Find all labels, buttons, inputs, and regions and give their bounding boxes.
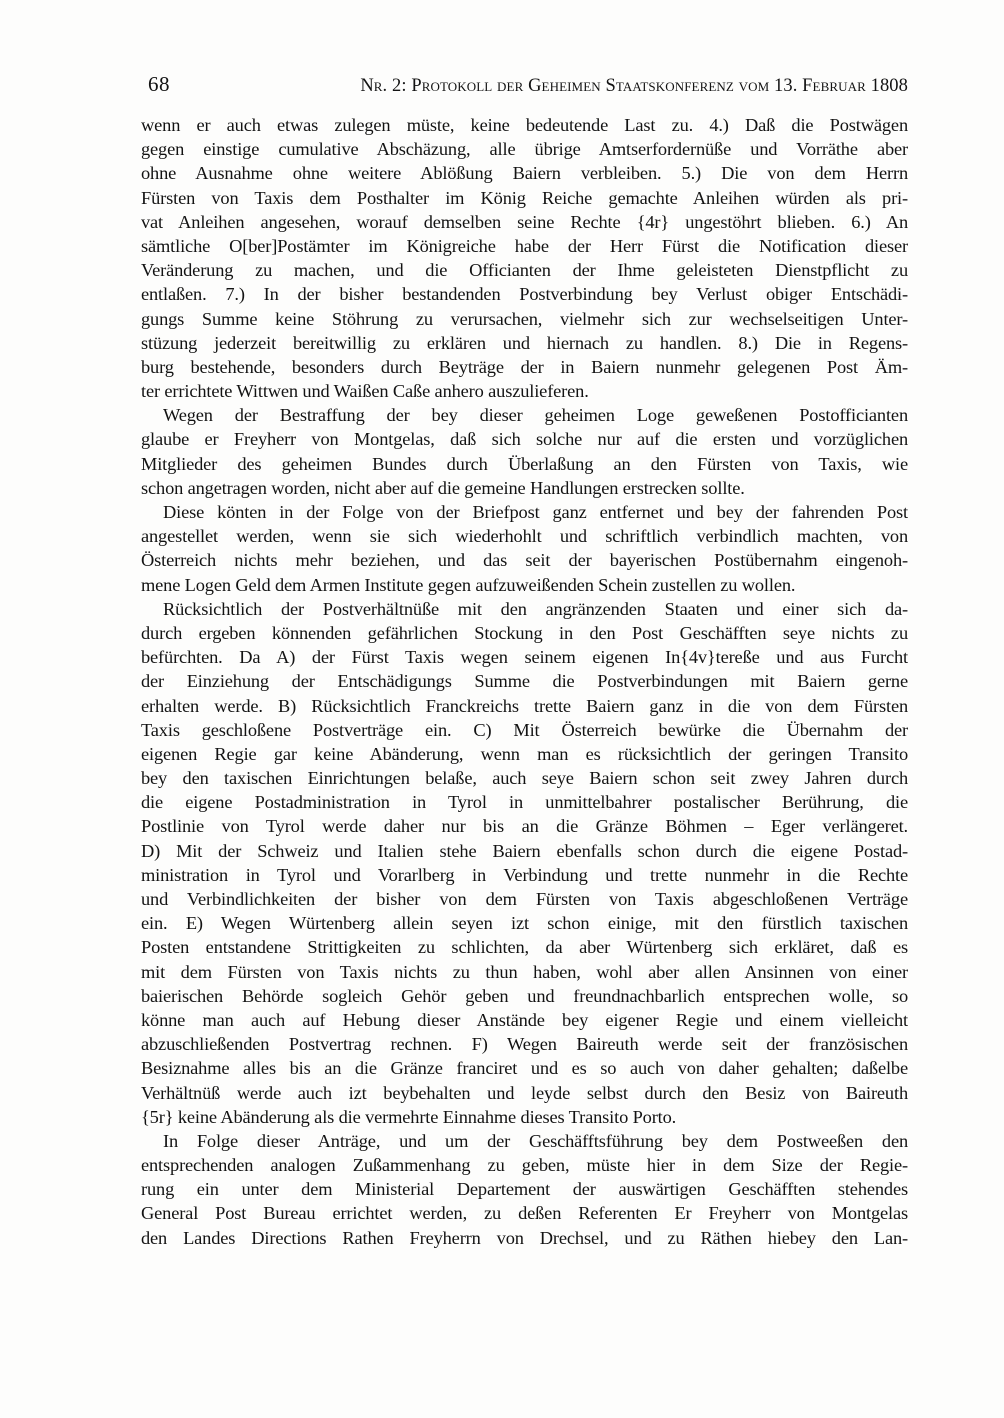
text-line: In Folge dieser Anträge, und um der Gesc… [141,1129,908,1153]
text-block: wenn er auch etwas zulegen müste, keine … [141,113,908,1250]
paragraph: Diese könten in der Folge von der Briefp… [141,500,908,597]
text-line: ein. E) Wegen Würtenberg allein seyen iz… [141,911,908,935]
text-line: eigenen Regie gar keine Abänderung, wenn… [141,742,908,766]
text-line: mene Logen Geld dem Armen Institute gege… [141,573,908,597]
paragraph: wenn er auch etwas zulegen müste, keine … [141,113,908,403]
text-line: wenn er auch etwas zulegen müste, keine … [141,113,908,137]
text-line: und Verbindlichkeiten der bisher von dem… [141,887,908,911]
text-line: Taxis geschloßene Postverträge ein. C) M… [141,718,908,742]
text-line: D) Mit der Schweiz und Italien stehe Bai… [141,839,908,863]
text-line: Verhältnüß werde auch izt beybehalten un… [141,1081,908,1105]
text-line: Veränderung zu machen, und die Officiant… [141,258,908,282]
text-line: ohne Ausnahme ohne weitere Ablößung Baie… [141,161,908,185]
text-line: stüzung jederzeit bereitwillig zu erklär… [141,331,908,355]
text-line: Wegen der Bestraffung der bey dieser geh… [141,403,908,427]
paragraph: Rücksichtlich der Postverhältnüße mit de… [141,597,908,1129]
text-line: den Landes Directions Rathen Freyherrn v… [141,1226,908,1250]
text-line: vat Anleihen angesehen, worauf demselben… [141,210,908,234]
text-line: entsprechenden analogen Zußammenhang zu … [141,1153,908,1177]
text-line: erhalten werde. B) Rücksichtlich Franckr… [141,694,908,718]
text-line: durch ergeben könnenden gefährlichen Sto… [141,621,908,645]
text-line: der Einziehung der Entschädigungs Summe … [141,669,908,693]
text-line: sämtliche O[ber]Postämter im Königreiche… [141,234,908,258]
running-header: 68 Nr. 2: Protokoll der Geheimen Staatsk… [141,72,908,97]
text-line: abzuschließenden Postvertrag rechnen. F)… [141,1032,908,1056]
running-head-title: Nr. 2: Protokoll der Geheimen Staatskonf… [360,76,908,97]
text-line: befürchten. Da A) der Fürst Taxis wegen … [141,645,908,669]
text-line: Posten entstandene Strittigkeiten zu sch… [141,935,908,959]
text-line: Besiznahme alles bis an die Gränze franc… [141,1056,908,1080]
text-line: Österreich nichts mehr beziehen, und das… [141,548,908,572]
text-line: rung ein unter dem Ministerial Departeme… [141,1177,908,1201]
text-line: ministration in Tyrol und Vorarlberg in … [141,863,908,887]
text-line: bey den taxischen Einrichtungen belaße, … [141,766,908,790]
text-line: baierischen Behörde sogleich Gehör geben… [141,984,908,1008]
text-line: gegen einstige cumulative Abschäzung, al… [141,137,908,161]
text-line: könne man auch auf Hebung dieser Anständ… [141,1008,908,1032]
paragraph: In Folge dieser Anträge, und um der Gesc… [141,1129,908,1250]
text-line: glaube er Freyherr von Montgelas, daß si… [141,427,908,451]
text-line: Rücksichtlich der Postverhältnüße mit de… [141,597,908,621]
text-line: mit dem Fürsten von Taxis nichts zu thun… [141,960,908,984]
text-line: Diese könten in der Folge von der Briefp… [141,500,908,524]
text-line: {5r} keine Abänderung als die vermehrte … [141,1105,908,1129]
text-line: burg bestehende, besonders durch Beyträg… [141,355,908,379]
text-line: Fürsten von Taxis dem Posthalter im Köni… [141,186,908,210]
text-line: entlaßen. 7.) In der bisher bestandenden… [141,282,908,306]
paragraph: Wegen der Bestraffung der bey dieser geh… [141,403,908,500]
text-line: Mitglieder des geheimen Bundes durch Übe… [141,452,908,476]
text-line: angestellet werden, wenn sie sich wieder… [141,524,908,548]
text-line: ter errichtete Wittwen und Waißen Caße a… [141,379,908,403]
page-number: 68 [141,72,170,97]
book-page: 68 Nr. 2: Protokoll der Geheimen Staatsk… [0,0,1004,1418]
text-line: Postlinie von Tyrol werde daher nur bis … [141,814,908,838]
text-line: gungs Summe keine Stöhrung zu verursache… [141,307,908,331]
text-line: General Post Bureau errichtet werden, zu… [141,1201,908,1225]
text-line: die eigene Postadministration in Tyrol i… [141,790,908,814]
text-line: schon angetragen worden, nicht aber auf … [141,476,908,500]
